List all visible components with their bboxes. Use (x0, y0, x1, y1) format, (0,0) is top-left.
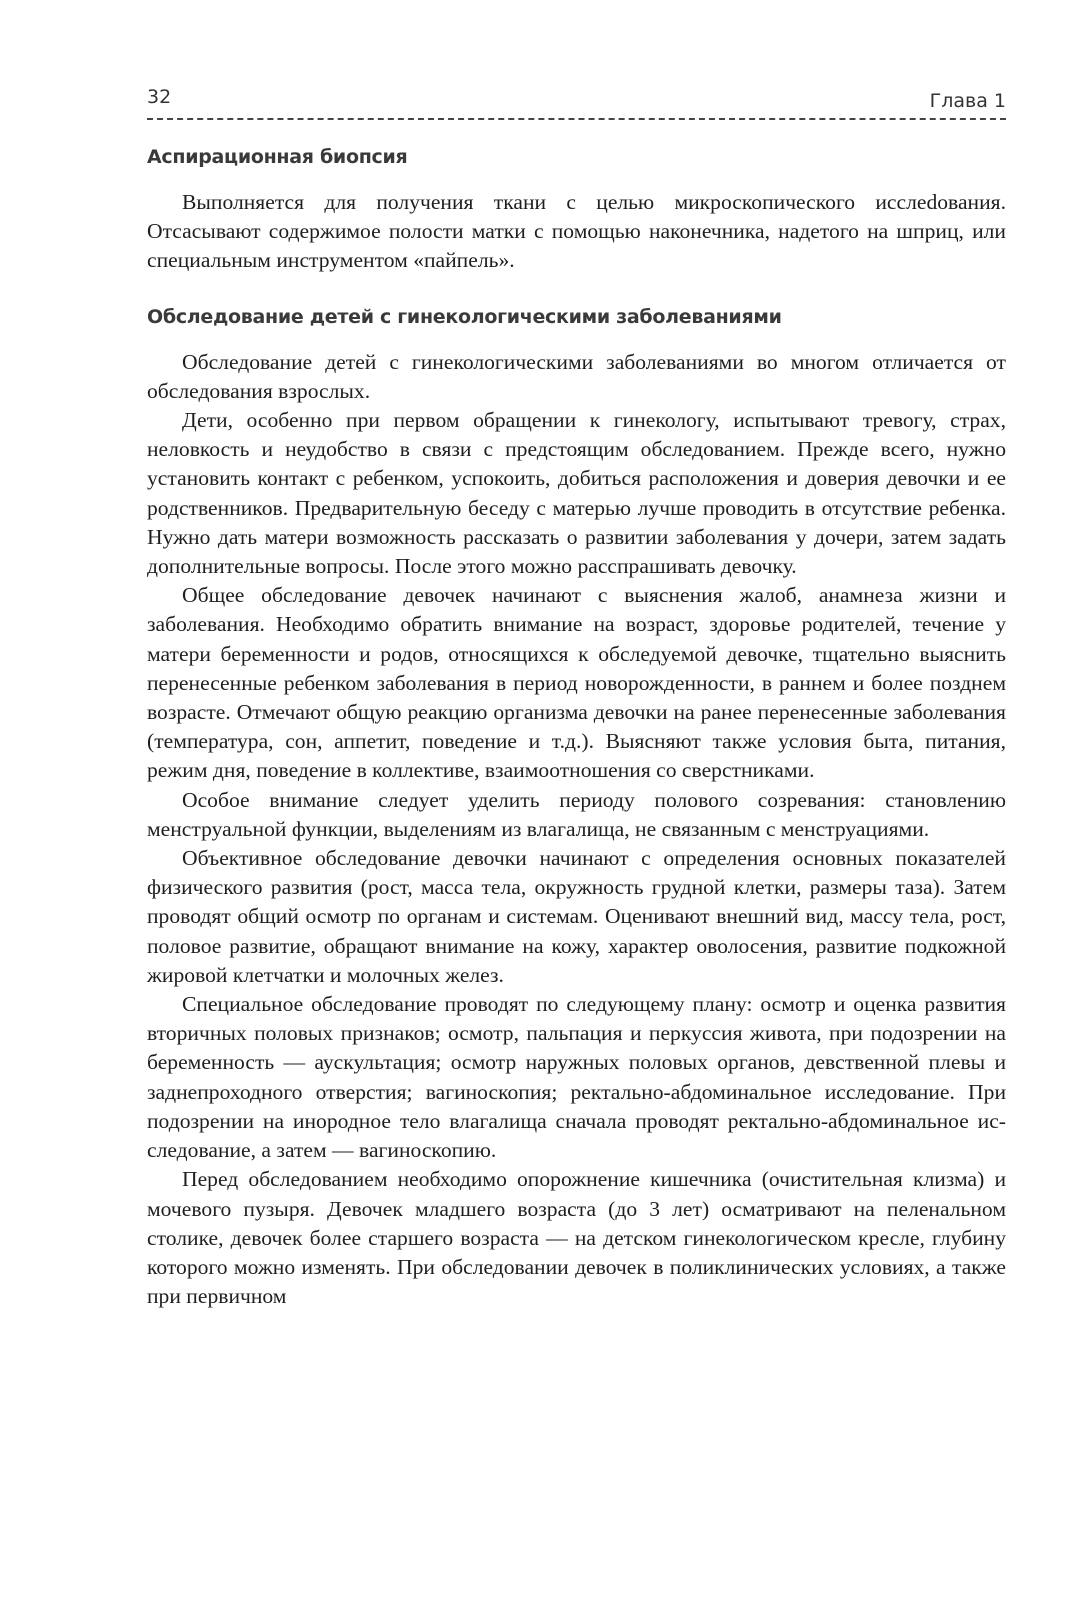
section-heading: Обследование детей с гинекологическими з… (147, 306, 1006, 328)
paragraph: Дети, особенно при первом обращении к ги… (147, 406, 1006, 581)
section-aspiration-biopsy: Аспирационная биопсия Выполняется для по… (147, 146, 1006, 276)
chapter-label: Глава 1 (930, 90, 1006, 112)
paragraph: Обследование детей с гинекологическими з… (147, 348, 1006, 406)
page-number: 32 (147, 86, 171, 108)
paragraph: Особое внимание следует уделить периоду … (147, 786, 1006, 844)
paragraph: Общее обследование девочек начинают с вы… (147, 581, 1006, 785)
running-header: 32 Глава 1 (147, 84, 1006, 120)
section-heading: Аспирационная биопсия (147, 146, 1006, 168)
section-children-examination: Обследование детей с гинекологическими з… (147, 306, 1006, 1312)
paragraph: Специальное обследование проводят по сле… (147, 990, 1006, 1165)
paragraph: Перед обследованием необходимо опорожнен… (147, 1165, 1006, 1311)
book-page: 32 Глава 1 Аспирационная биопсия Выполня… (147, 84, 1006, 1311)
paragraph: Выполняется для получения ткани с целью … (147, 188, 1006, 276)
paragraph: Объективное обследование девочки начинаю… (147, 844, 1006, 990)
